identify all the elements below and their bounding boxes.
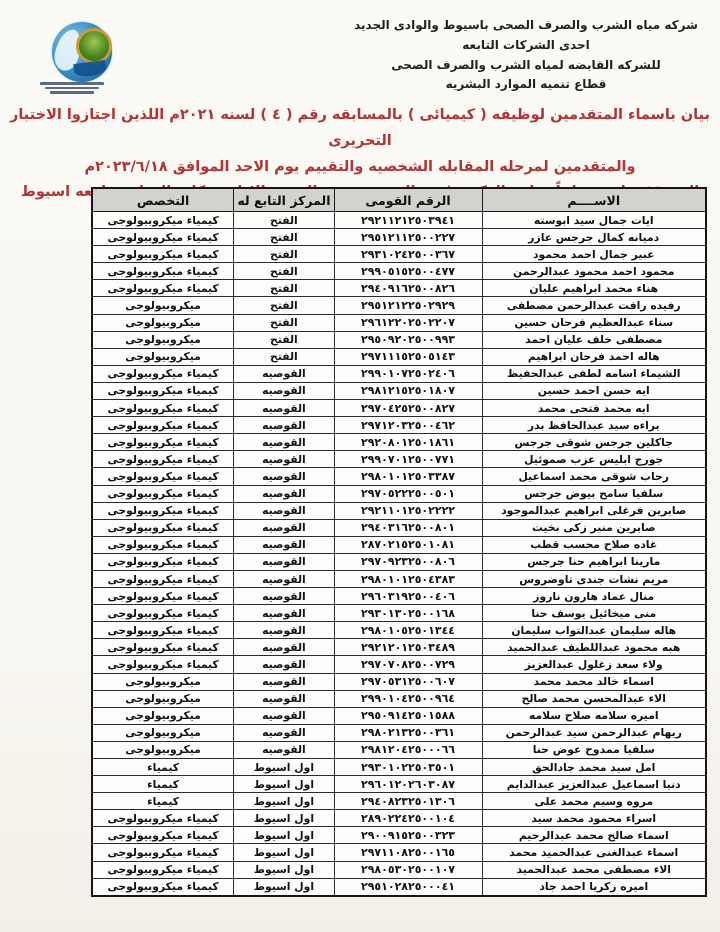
title-line-1: بيان باسماء المتقدمين لوظيفه ( كيميائى )… <box>10 103 710 155</box>
cell-national-id: ٢٩٦٠٣١٩٢٥٠٠٤٠٦ <box>334 588 482 605</box>
cell-national-id: ٢٩٧١٢٠٣٢٥٠٠٤٦٢ <box>334 417 482 434</box>
table-row: اميره زكريا احمد جاد٢٩٥١٠٢٨٢٥٠٠٠٤١اول اس… <box>92 878 706 896</box>
cell-center: اول اسيوط <box>234 776 334 793</box>
cell-national-id: ٢٩٧١١١٥٢٥٠٥١٤٣ <box>334 348 482 365</box>
cell-name: ولاء سعد زغلول عبدالعزيز <box>482 656 706 673</box>
table-row: هاله احمد فرحان ابراهيم٢٩٧١١١٥٢٥٠٥١٤٣الف… <box>92 348 706 365</box>
table-row: مصطفى خلف عليان احمد٢٩٥٠٩٢٠٢٥٠٠٩٩٣الفتحم… <box>92 331 706 348</box>
table-row: مارينا ابراهيم حنا جرجس٢٩٧٠٩٢٣٢٥٠٠٨٠٦الق… <box>92 553 706 570</box>
cell-name: غاده صلاح محسب قطب <box>482 536 706 553</box>
cell-specialization: كيمياء ميكروبيولوجى <box>92 519 234 536</box>
cell-name: ايه محمد فتحى محمد <box>482 400 706 417</box>
table-row: اسماء عبدالغنى عبدالحميد محمد٢٩٧١١٠٨٢٥٠٠… <box>92 844 706 861</box>
cell-center: القوصيه <box>234 519 334 536</box>
cell-national-id: ٢٩٩٠٥١٥٢٥٠٠٤٧٧ <box>334 263 482 280</box>
cell-center: الفتح <box>234 331 334 348</box>
cell-specialization: كيمياء ميكروبيولوجى <box>92 570 234 587</box>
cell-national-id: ٢٩٧٠٥٣١٢٥٠٠٦٠٧ <box>334 673 482 690</box>
cell-national-id: ٢٩٨٠١٠١٢٥٠٣٣٨٧ <box>334 468 482 485</box>
cell-national-id: ٢٩٩٠٧٠١٢٥٠٠٧٧١ <box>334 451 482 468</box>
company-logo <box>52 22 142 100</box>
cell-national-id: ٢٩٥١٢١٢٢٥٠٢٩٢٩ <box>334 297 482 314</box>
cell-specialization: كيمياء ميكروبيولوجى <box>92 536 234 553</box>
cell-national-id: ٢٨٧٠٢١٥٢٥٠١٠٨١ <box>334 536 482 553</box>
cell-national-id: ٢٩٣٠١٠٢٢٥٠٣٥٠١ <box>334 759 482 776</box>
cell-national-id: ٢٩٨٠٢١٣٢٥٠٠٣٦١ <box>334 724 482 741</box>
table-row: منال عماد هارون ناروز٢٩٦٠٣١٩٢٥٠٠٤٠٦القوص… <box>92 588 706 605</box>
table-row: سناء عبدالعظيم فرحان حسين٢٩٦١٢٢٠٢٥٠٢٢٠٧ا… <box>92 314 706 331</box>
cell-specialization: كيمياء ميكروبيولوجى <box>92 844 234 861</box>
cell-name: منى ميخائيل يوسف حنا <box>482 605 706 622</box>
cell-national-id: ٢٩٨٠١٠١٢٥٠٤٣٨٣ <box>334 570 482 587</box>
cell-name: محمود احمد محمود عبدالرحمن <box>482 263 706 280</box>
cell-national-id: ٢٩٦١٢٢٠٢٥٠٢٢٠٧ <box>334 314 482 331</box>
table-row: مروه وسيم محمد على٢٩٤٠٨٢٣٢٥٠١٣٠٦اول اسيو… <box>92 793 706 810</box>
cell-national-id: ٢٩٤٠٨٢٣٢٥٠١٣٠٦ <box>334 793 482 810</box>
cell-specialization: كيمياء ميكروبيولوجى <box>92 639 234 656</box>
cell-center: اول اسيوط <box>234 861 334 878</box>
cell-national-id: ٢٩٨١٢١٥٢٥٠١٨٠٧ <box>334 382 482 399</box>
cell-center: القوصيه <box>234 451 334 468</box>
applicants-table-wrap: الاســــم الرقم القومى المركز التابع له … <box>91 187 707 897</box>
cell-specialization: كيمياء ميكروبيولوجى <box>92 553 234 570</box>
table-header-row: الاســــم الرقم القومى المركز التابع له … <box>92 188 706 212</box>
table-row: هاله سليمان عبدالتواب سليمان٢٩٨٠١٠٥٢٥٠١٣… <box>92 622 706 639</box>
cell-specialization: ميكروبيولوجى <box>92 707 234 724</box>
cell-national-id: ٢٩٥١٢١١٢٥٠٠٢٢٧ <box>334 229 482 246</box>
cell-specialization: كيمياء ميكروبيولوجى <box>92 588 234 605</box>
cell-specialization: كيمياء ميكروبيولوجى <box>92 622 234 639</box>
cell-name: رفيده رافت عبدالرحمن مصطفى <box>482 297 706 314</box>
cell-name: سلفيا سامح بيوض جرجس <box>482 485 706 502</box>
cell-specialization: ميكروبيولوجى <box>92 724 234 741</box>
cell-specialization: كيمياء ميكروبيولوجى <box>92 434 234 451</box>
logo-crescent-shape <box>73 60 107 78</box>
header-center: المركز التابع له <box>234 188 334 212</box>
letterhead: شركه مياه الشرب والصرف الصحى باسيوط والو… <box>346 16 706 95</box>
cell-center: القوصيه <box>234 707 334 724</box>
cell-center: القوصيه <box>234 417 334 434</box>
cell-national-id: ٢٩٨٠٥٣٠٢٥٠٠١٠٧ <box>334 861 482 878</box>
table-row: ولاء سعد زغلول عبدالعزيز٢٩٧٠٧٠٨٢٥٠٠٧٢٩ال… <box>92 656 706 673</box>
letterhead-line-subsidiary: احدى الشركات التابعه <box>346 36 706 56</box>
table-row: سلفيا سامح بيوض جرجس٢٩٧٠٥٢٢٢٥٠٠٥٠١القوصي… <box>92 485 706 502</box>
table-row: الشيماء اسامه لطفى عبدالحفيظ٢٩٩٠١٠٧٢٥٠٢٤… <box>92 365 706 382</box>
cell-center: القوصيه <box>234 570 334 587</box>
cell-center: القوصيه <box>234 365 334 382</box>
cell-national-id: ٢٩٥٠٩١٤٢٥٠١٥٨٨ <box>334 707 482 724</box>
scanned-document: شركه مياه الشرب والصرف الصحى باسيوط والو… <box>0 0 720 932</box>
cell-national-id: ٢٩٢١٢٠١٢٥٠٣٤٨٩ <box>334 639 482 656</box>
table-row: اميره سلامه صلاح سلامه٢٩٥٠٩١٤٢٥٠١٥٨٨القو… <box>92 707 706 724</box>
cell-specialization: كيمياء ميكروبيولوجى <box>92 212 234 229</box>
cell-name: الشيماء اسامه لطفى عبدالحفيظ <box>482 365 706 382</box>
cell-center: القوصيه <box>234 382 334 399</box>
cell-name: ايات جمال سيد ابوسته <box>482 212 706 229</box>
table-row: ايه محمد فتحى محمد٢٩٧٠٤٢٥٢٥٠٠٨٢٧القوصيهك… <box>92 400 706 417</box>
table-row: براءه سيد عبدالحافظ بدر٢٩٧١٢٠٣٢٥٠٠٤٦٢الق… <box>92 417 706 434</box>
cell-national-id: ٢٩٧٠٧٠٨٢٥٠٠٧٢٩ <box>334 656 482 673</box>
title-line-2: والمتقدمين لمرحله المقابله الشخصيه والتق… <box>10 155 710 181</box>
cell-center: القوصيه <box>234 656 334 673</box>
cell-name: ريهام عبدالرحمن سيد عبدالرحمن <box>482 724 706 741</box>
cell-center: القوصيه <box>234 690 334 707</box>
cell-center: الفتح <box>234 314 334 331</box>
cell-center: اول اسيوط <box>234 844 334 861</box>
table-row: صابرين منير زكى بخيت٢٩٤٠٣١٦٢٥٠٠٨٠١القوصي… <box>92 519 706 536</box>
cell-name: اسماء خالد محمد محمد <box>482 673 706 690</box>
cell-national-id: ٢٩٩٠١٠٤٢٥٠٠٩٦٤ <box>334 690 482 707</box>
letterhead-line-company: شركه مياه الشرب والصرف الصحى باسيوط والو… <box>346 16 706 36</box>
cell-specialization: ميكروبيولوجى <box>92 331 234 348</box>
cell-center: القوصيه <box>234 588 334 605</box>
cell-center: اول اسيوط <box>234 793 334 810</box>
table-row: الاء عبدالمحسن محمد صالح٢٩٩٠١٠٤٢٥٠٠٩٦٤ال… <box>92 690 706 707</box>
cell-name: اميره زكريا احمد جاد <box>482 878 706 896</box>
header-national-id: الرقم القومى <box>334 188 482 212</box>
cell-name: منال عماد هارون ناروز <box>482 588 706 605</box>
cell-center: الفتح <box>234 246 334 263</box>
table-row: ريهام عبدالرحمن سيد عبدالرحمن٢٩٨٠٢١٣٢٥٠٠… <box>92 724 706 741</box>
cell-center: القوصيه <box>234 485 334 502</box>
cell-specialization: كيمياء ميكروبيولوجى <box>92 502 234 519</box>
cell-center: القوصيه <box>234 639 334 656</box>
cell-national-id: ٢٩٥٠٩٢٠٢٥٠٠٩٩٣ <box>334 331 482 348</box>
cell-specialization: ميكروبيولوجى <box>92 690 234 707</box>
cell-name: سناء عبدالعظيم فرحان حسين <box>482 314 706 331</box>
cell-national-id: ٢٩٤٠٩١٦٢٥٠٠٨٢٦ <box>334 280 482 297</box>
table-row: اسراء محمود محمد سيد٢٨٩٠٢٢٤٢٥٠٠١٠٤اول اس… <box>92 810 706 827</box>
cell-specialization: كيمياء <box>92 776 234 793</box>
cell-specialization: كيمياء ميكروبيولوجى <box>92 656 234 673</box>
cell-center: الفتح <box>234 348 334 365</box>
cell-center: الفتح <box>234 212 334 229</box>
cell-center: القوصيه <box>234 502 334 519</box>
cell-center: القوصيه <box>234 622 334 639</box>
cell-specialization: كيمياء ميكروبيولوجى <box>92 382 234 399</box>
cell-specialization: كيمياء ميكروبيولوجى <box>92 246 234 263</box>
table-row: مريم نشات جندى تاوضروس٢٩٨٠١٠١٢٥٠٤٣٨٣القو… <box>92 570 706 587</box>
cell-name: دنيا اسماعيل عبدالعزيز عبدالدايم <box>482 776 706 793</box>
cell-national-id: ٢٩٨٠١٠٥٢٥٠١٣٤٤ <box>334 622 482 639</box>
applicants-table-body: ايات جمال سيد ابوسته٢٩٢١١٢١٢٥٠٣٩٤١الفتحك… <box>92 212 706 896</box>
cell-specialization: كيمياء ميكروبيولوجى <box>92 280 234 297</box>
cell-name: اسماء عبدالغنى عبدالحميد محمد <box>482 844 706 861</box>
cell-center: اول اسيوط <box>234 759 334 776</box>
table-row: محمود احمد محمود عبدالرحمن٢٩٩٠٥١٥٢٥٠٠٤٧٧… <box>92 263 706 280</box>
cell-national-id: ٢٩٧٠٥٢٢٢٥٠٠٥٠١ <box>334 485 482 502</box>
cell-specialization: كيمياء ميكروبيولوجى <box>92 485 234 502</box>
header-specialization: التخصص <box>92 188 234 212</box>
cell-national-id: ٢٩٠٠٩١٥٢٥٠٠٣٢٣ <box>334 827 482 844</box>
cell-name: الاء عبدالمحسن محمد صالح <box>482 690 706 707</box>
cell-specialization: كيمياء ميكروبيولوجى <box>92 468 234 485</box>
cell-name: عبير جمال احمد محمود <box>482 246 706 263</box>
cell-specialization: كيمياء ميكروبيولوجى <box>92 451 234 468</box>
table-row: رفيده رافت عبدالرحمن مصطفى٢٩٥١٢١٢٢٥٠٢٩٢٩… <box>92 297 706 314</box>
cell-specialization: كيمياء ميكروبيولوجى <box>92 827 234 844</box>
cell-national-id: ٢٩٦٠١٢٠٢٦٠٣٠٨٧ <box>334 776 482 793</box>
cell-specialization: ميكروبيولوجى <box>92 348 234 365</box>
logo-inner-emblem <box>76 28 112 64</box>
cell-center: القوصيه <box>234 434 334 451</box>
cell-specialization: كيمياء <box>92 793 234 810</box>
cell-specialization: كيمياء ميكروبيولوجى <box>92 400 234 417</box>
cell-name: اسراء محمود محمد سيد <box>482 810 706 827</box>
cell-national-id: ٢٩٧١١٠٨٢٥٠٠١٦٥ <box>334 844 482 861</box>
table-row: دنيا اسماعيل عبدالعزيز عبدالدايم٢٩٦٠١٢٠٢… <box>92 776 706 793</box>
table-row: رحاب شوقى محمد اسماعيل٢٩٨٠١٠١٢٥٠٣٣٨٧القو… <box>92 468 706 485</box>
cell-name: جاكلين جرجس شوقى جرجس <box>482 434 706 451</box>
logo-caption-lines <box>40 80 104 96</box>
table-row: جاكلين جرجس شوقى جرجس٢٩٢٠٨٠١٢٥٠١٨٦١القوص… <box>92 434 706 451</box>
cell-specialization: كيمياء ميكروبيولوجى <box>92 365 234 382</box>
cell-specialization: ميكروبيولوجى <box>92 297 234 314</box>
cell-name: جورج ابليس عزب صموئيل <box>482 451 706 468</box>
cell-center: القوصيه <box>234 724 334 741</box>
cell-center: القوصيه <box>234 468 334 485</box>
letterhead-line-holding: للشركه القابضه لمياه الشرب والصرف الصحى <box>346 56 706 76</box>
cell-center: القوصيه <box>234 400 334 417</box>
cell-center: الفتح <box>234 229 334 246</box>
table-row: ايات جمال سيد ابوسته٢٩٢١١٢١٢٥٠٣٩٤١الفتحك… <box>92 212 706 229</box>
cell-name: مروه وسيم محمد على <box>482 793 706 810</box>
cell-center: القوصيه <box>234 536 334 553</box>
cell-name: اسماء صالح محمد عبدالرحيم <box>482 827 706 844</box>
cell-national-id: ٢٩٥١٠٢٨٢٥٠٠٠٤١ <box>334 878 482 896</box>
table-row: هناء محمد ابراهيم عليان٢٩٤٠٩١٦٢٥٠٠٨٢٦الف… <box>92 280 706 297</box>
cell-center: القوصيه <box>234 741 334 758</box>
cell-specialization: ميكروبيولوجى <box>92 673 234 690</box>
table-row: اسماء صالح محمد عبدالرحيم٢٩٠٠٩١٥٢٥٠٠٣٢٣ا… <box>92 827 706 844</box>
cell-specialization: ميكروبيولوجى <box>92 741 234 758</box>
cell-national-id: ٢٩٧٠٤٢٥٢٥٠٠٨٢٧ <box>334 400 482 417</box>
table-row: اسماء خالد محمد محمد٢٩٧٠٥٣١٢٥٠٠٦٠٧القوصي… <box>92 673 706 690</box>
cell-name: دميانه كمال جرجس عازر <box>482 229 706 246</box>
cell-name: الاء مصطفى محمد عبدالحميد <box>482 861 706 878</box>
cell-name: رحاب شوقى محمد اسماعيل <box>482 468 706 485</box>
cell-specialization: كيمياء ميكروبيولوجى <box>92 810 234 827</box>
cell-national-id: ٢٩٣١٠٢٤٢٥٠٠٣٦٧ <box>334 246 482 263</box>
cell-national-id: ٢٨٩٠٢٢٤٢٥٠٠١٠٤ <box>334 810 482 827</box>
cell-specialization: كيمياء <box>92 759 234 776</box>
cell-national-id: ٢٩٨١٢٠٤٢٥٠٠٠٦٦ <box>334 741 482 758</box>
cell-center: الفتح <box>234 263 334 280</box>
cell-center: الفتح <box>234 297 334 314</box>
table-row: سلفيا ممدوح عوض حنا٢٩٨١٢٠٤٢٥٠٠٠٦٦القوصيه… <box>92 741 706 758</box>
cell-center: الفتح <box>234 280 334 297</box>
applicants-table: الاســــم الرقم القومى المركز التابع له … <box>91 187 707 897</box>
cell-national-id: ٢٩٢١١٢١٢٥٠٣٩٤١ <box>334 212 482 229</box>
cell-name: صابرين فرغلى ابراهيم عبدالموجود <box>482 502 706 519</box>
cell-center: اول اسيوط <box>234 810 334 827</box>
cell-specialization: كيمياء ميكروبيولوجى <box>92 861 234 878</box>
table-row: امل سيد محمد جادالحق٢٩٣٠١٠٢٢٥٠٣٥٠١اول اس… <box>92 759 706 776</box>
cell-specialization: ميكروبيولوجى <box>92 314 234 331</box>
header-name: الاســــم <box>482 188 706 212</box>
cell-name: هاله احمد فرحان ابراهيم <box>482 348 706 365</box>
cell-national-id: ٢٩٧٠٩٢٣٢٥٠٠٨٠٦ <box>334 553 482 570</box>
cell-center: اول اسيوط <box>234 878 334 896</box>
table-row: غاده صلاح محسب قطب٢٨٧٠٢١٥٢٥٠١٠٨١القوصيهك… <box>92 536 706 553</box>
cell-name: سلفيا ممدوح عوض حنا <box>482 741 706 758</box>
letterhead-line-sector: قطاع تنميه الموارد البشريه <box>346 75 706 95</box>
cell-name: صابرين منير زكى بخيت <box>482 519 706 536</box>
table-row: جورج ابليس عزب صموئيل٢٩٩٠٧٠١٢٥٠٠٧٧١القوص… <box>92 451 706 468</box>
cell-name: هناء محمد ابراهيم عليان <box>482 280 706 297</box>
cell-specialization: كيمياء ميكروبيولوجى <box>92 878 234 896</box>
cell-name: هاله سليمان عبدالتواب سليمان <box>482 622 706 639</box>
table-row: صابرين فرغلى ابراهيم عبدالموجود٢٩٢١١٠١٢٥… <box>92 502 706 519</box>
cell-name: براءه سيد عبدالحافظ بدر <box>482 417 706 434</box>
cell-center: القوصيه <box>234 673 334 690</box>
cell-national-id: ٢٩٩٠١٠٧٢٥٠٢٤٠٦ <box>334 365 482 382</box>
cell-national-id: ٢٩٢١١٠١٢٥٠٢٢٢٢ <box>334 502 482 519</box>
cell-specialization: كيمياء ميكروبيولوجى <box>92 229 234 246</box>
cell-name: مصطفى خلف عليان احمد <box>482 331 706 348</box>
table-row: هبه محمود عبداللطيف عبدالحميد٢٩٢١٢٠١٢٥٠٣… <box>92 639 706 656</box>
cell-name: امل سيد محمد جادالحق <box>482 759 706 776</box>
cell-specialization: كيمياء ميكروبيولوجى <box>92 417 234 434</box>
table-row: دميانه كمال جرجس عازر٢٩٥١٢١١٢٥٠٠٢٢٧الفتح… <box>92 229 706 246</box>
cell-center: القوصيه <box>234 605 334 622</box>
cell-name: هبه محمود عبداللطيف عبدالحميد <box>482 639 706 656</box>
cell-name: ايه حسن احمد حسين <box>482 382 706 399</box>
table-row: عبير جمال احمد محمود٢٩٣١٠٢٤٢٥٠٠٣٦٧الفتحك… <box>92 246 706 263</box>
cell-specialization: كيمياء ميكروبيولوجى <box>92 605 234 622</box>
cell-center: القوصيه <box>234 553 334 570</box>
cell-name: اميره سلامه صلاح سلامه <box>482 707 706 724</box>
cell-national-id: ٢٩٤٠٣١٦٢٥٠٠٨٠١ <box>334 519 482 536</box>
table-row: منى ميخائيل يوسف حنا٢٩٣٠١٣٠٢٥٠٠١٦٨القوصي… <box>92 605 706 622</box>
cell-center: اول اسيوط <box>234 827 334 844</box>
cell-national-id: ٢٩٣٠١٣٠٢٥٠٠١٦٨ <box>334 605 482 622</box>
cell-name: مريم نشات جندى تاوضروس <box>482 570 706 587</box>
cell-national-id: ٢٩٢٠٨٠١٢٥٠١٨٦١ <box>334 434 482 451</box>
table-row: ايه حسن احمد حسين٢٩٨١٢١٥٢٥٠١٨٠٧القوصيهكي… <box>92 382 706 399</box>
cell-name: مارينا ابراهيم حنا جرجس <box>482 553 706 570</box>
cell-specialization: كيمياء ميكروبيولوجى <box>92 263 234 280</box>
table-row: الاء مصطفى محمد عبدالحميد٢٩٨٠٥٣٠٢٥٠٠١٠٧ا… <box>92 861 706 878</box>
